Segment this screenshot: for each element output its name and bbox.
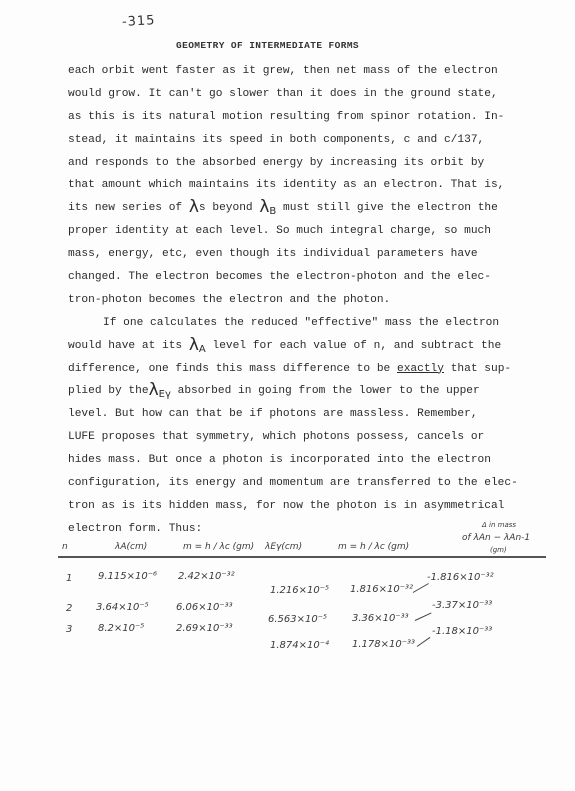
- header-delta-title: Δ in mass: [482, 521, 516, 529]
- header-lambda-ey: λEγ(cm): [265, 542, 302, 552]
- row1-mass: 2.42×10⁻³²: [178, 571, 235, 582]
- header-lambda-a: λA(cm): [115, 542, 147, 552]
- row3-lambda-ey: 1.874×10⁻⁴: [270, 640, 329, 651]
- table-header-rule: [58, 556, 546, 558]
- row3-lambda-a: 8.2×10⁻⁵: [98, 623, 144, 634]
- row1-delta: -1.816×10⁻³²: [427, 572, 494, 583]
- row1-mass-ey: 1.816×10⁻³²: [350, 584, 413, 595]
- row3-mass: 2.69×10⁻³³: [176, 623, 233, 634]
- row3-mass-ey: 1.178×10⁻³³: [352, 639, 415, 650]
- row1-lambda-ey: 1.216×10⁻⁵: [270, 585, 329, 596]
- row2-n: 2: [66, 603, 72, 614]
- row2-lambda-a: 3.64×10⁻⁵: [96, 602, 149, 613]
- row2-delta: -3.37×10⁻³³: [432, 600, 492, 611]
- row2-mass: 6.06×10⁻³³: [176, 602, 233, 613]
- row3-delta: -1.18×10⁻³³: [432, 626, 492, 637]
- row1-n: 1: [66, 573, 72, 584]
- handwritten-table: n λA(cm) m = h / λc (gm) λEγ(cm) m = h /…: [0, 0, 575, 791]
- arrow-icon: [417, 637, 431, 647]
- row1-lambda-a: 9.115×10⁻⁶: [98, 571, 157, 582]
- row2-lambda-ey: 6.563×10⁻⁵: [268, 614, 327, 625]
- row2-mass-ey: 3.36×10⁻³³: [352, 613, 409, 624]
- header-mass-ey: m = h / λc (gm): [338, 542, 409, 552]
- document-page: -315 GEOMETRY OF INTERMEDIATE FORMS each…: [0, 0, 575, 791]
- arrow-icon: [413, 583, 429, 593]
- header-n: n: [62, 542, 68, 552]
- header-delta-expr: of λAn − λAn-1: [462, 533, 530, 543]
- arrow-icon: [415, 612, 432, 621]
- header-delta-unit: (gm): [490, 546, 507, 554]
- row3-n: 3: [66, 624, 72, 635]
- header-mass: m = h / λc (gm): [183, 542, 254, 552]
